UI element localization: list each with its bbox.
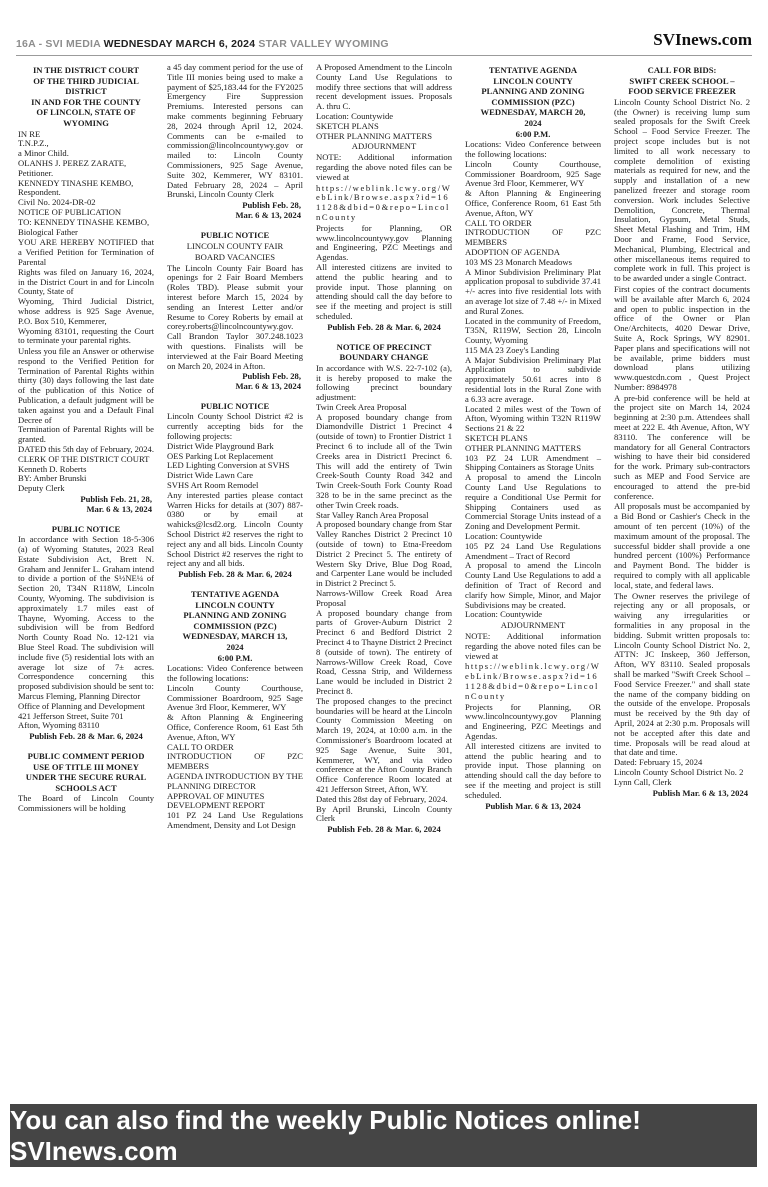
notice-publish-center: Publish Feb. 28 & Mar. 6, 2024 — [316, 323, 452, 333]
public-notices-banner[interactable]: You can also find the weekly Public Noti… — [10, 1104, 757, 1167]
edition-label: 16A - SVI MEDIA — [16, 38, 104, 50]
column-3: A Proposed Amendment to the Lincoln Coun… — [316, 63, 452, 1095]
notice-publish: Publish Feb. 28, Mar. 6 & 13, 2024 — [167, 201, 301, 221]
notice-heading: PUBLIC NOTICE — [167, 230, 303, 241]
notice-para: In accordance with W.S. 22-7-102 (a), it… — [316, 364, 452, 824]
notice-url[interactable]: https://weblink.lcwy.org/WebLink/Browse.… — [316, 184, 452, 223]
notice-heading: PUBLIC COMMENT PERIOD USE OF TITLE III M… — [18, 751, 154, 793]
notice-para: Lincoln County School District No. 2 (th… — [614, 98, 750, 284]
notice-heading: TENTATIVE AGENDA LINCOLN COUNTY PLANNING… — [465, 65, 601, 139]
column-5: CALL FOR BIDS: SWIFT CREEK SCHOOL – FOOD… — [614, 63, 750, 1095]
notice-para: A pre-bid conference will be held at the… — [614, 394, 750, 502]
notice-para: A Proposed Amendment to the Lincoln Coun… — [316, 63, 452, 141]
notice-publish: Publish Mar. 6 & 13, 2024 — [614, 789, 748, 799]
notice-publish: Publish Feb. 21, 28, Mar. 6 & 13, 2024 — [18, 495, 152, 515]
notice-heading: TENTATIVE AGENDA LINCOLN COUNTY PLANNING… — [167, 589, 303, 663]
masthead-left: 16A - SVI MEDIA WEDNESDAY MARCH 6, 2024 … — [16, 38, 389, 50]
notice-publish-center: Publish Feb. 28 & Mar. 6, 2024 — [18, 732, 154, 742]
column-4: TENTATIVE AGENDA LINCOLN COUNTY PLANNING… — [465, 63, 601, 1095]
notice-para: IN RE T.N.P.Z., a Minor Child. OLANHS J.… — [18, 130, 154, 238]
notice-para: The Board of Lincoln County Commissioner… — [18, 794, 154, 814]
notice-para: The Lincoln County Fair Board has openin… — [167, 264, 303, 372]
notice-center: ADJOURNMENT — [465, 621, 601, 631]
notice-subheading: LINCOLN COUNTY FAIR BOARD VACANCIES — [167, 241, 303, 262]
notice-para: NOTE: Additional information regarding t… — [465, 632, 601, 661]
notice-heading: IN THE DISTRICT COURT OF THE THIRD JUDIC… — [18, 65, 154, 129]
notice-para: a 45 day comment period for the use of T… — [167, 63, 303, 200]
notice-publish-center: Publish Feb. 28 & Mar. 6, 2024 — [167, 570, 303, 580]
notice-para: Projects for Planning, OR www.lincolncou… — [465, 703, 601, 801]
notice-heading: PUBLIC NOTICE — [18, 524, 154, 535]
notice-para: Locations: Video Conference between the … — [167, 664, 303, 831]
notice-para: Projects for Planning, OR www.lincolncou… — [316, 224, 452, 322]
notice-publish-center: Publish Feb. 28 & Mar. 6, 2024 — [316, 825, 452, 835]
columns: IN THE DISTRICT COURT OF THE THIRD JUDIC… — [0, 56, 768, 1095]
notice-center: ADJOURNMENT — [316, 142, 452, 152]
notice-para: NOTE: Additional information regarding t… — [316, 153, 452, 182]
location-label: STAR VALLEY WYOMING — [258, 38, 388, 50]
notice-publish: Publish Feb. 28, Mar. 6 & 13, 2024 — [167, 372, 301, 392]
notice-heading: PUBLIC NOTICE — [167, 401, 303, 412]
notice-para: Lincoln County School District #2 is cur… — [167, 412, 303, 569]
notice-publish-center: Publish Mar. 6 & 13, 2024 — [465, 802, 601, 812]
page-header: 16A - SVI MEDIA WEDNESDAY MARCH 6, 2024 … — [0, 0, 768, 55]
column-2: a 45 day comment period for the use of T… — [167, 63, 303, 1095]
notice-para: The Owner reserves the privilege of reje… — [614, 592, 750, 788]
notice-para: YOU ARE HEREBY NOTIFIED that a Verified … — [18, 238, 154, 346]
notice-para: All proposals must be accompanied by a B… — [614, 502, 750, 590]
column-1: IN THE DISTRICT COURT OF THE THIRD JUDIC… — [18, 63, 154, 1095]
notice-para: Unless you file an Answer or otherwise r… — [18, 347, 154, 494]
notice-para: Locations: Video Conference between the … — [465, 140, 601, 620]
notice-heading: NOTICE OF PRECINCT BOUNDARY CHANGE — [316, 342, 452, 363]
notice-para: In accordance with Section 18-5-306 (a) … — [18, 535, 154, 731]
issue-date: WEDNESDAY MARCH 6, 2024 — [104, 38, 259, 50]
notice-url[interactable]: https://weblink.lcwy.org/WebLink/Browse.… — [465, 662, 601, 701]
notice-heading: CALL FOR BIDS: SWIFT CREEK SCHOOL – FOOD… — [614, 65, 750, 97]
notice-para: First copies of the contract documents w… — [614, 285, 750, 393]
site-link[interactable]: SVInews.com — [653, 30, 752, 50]
